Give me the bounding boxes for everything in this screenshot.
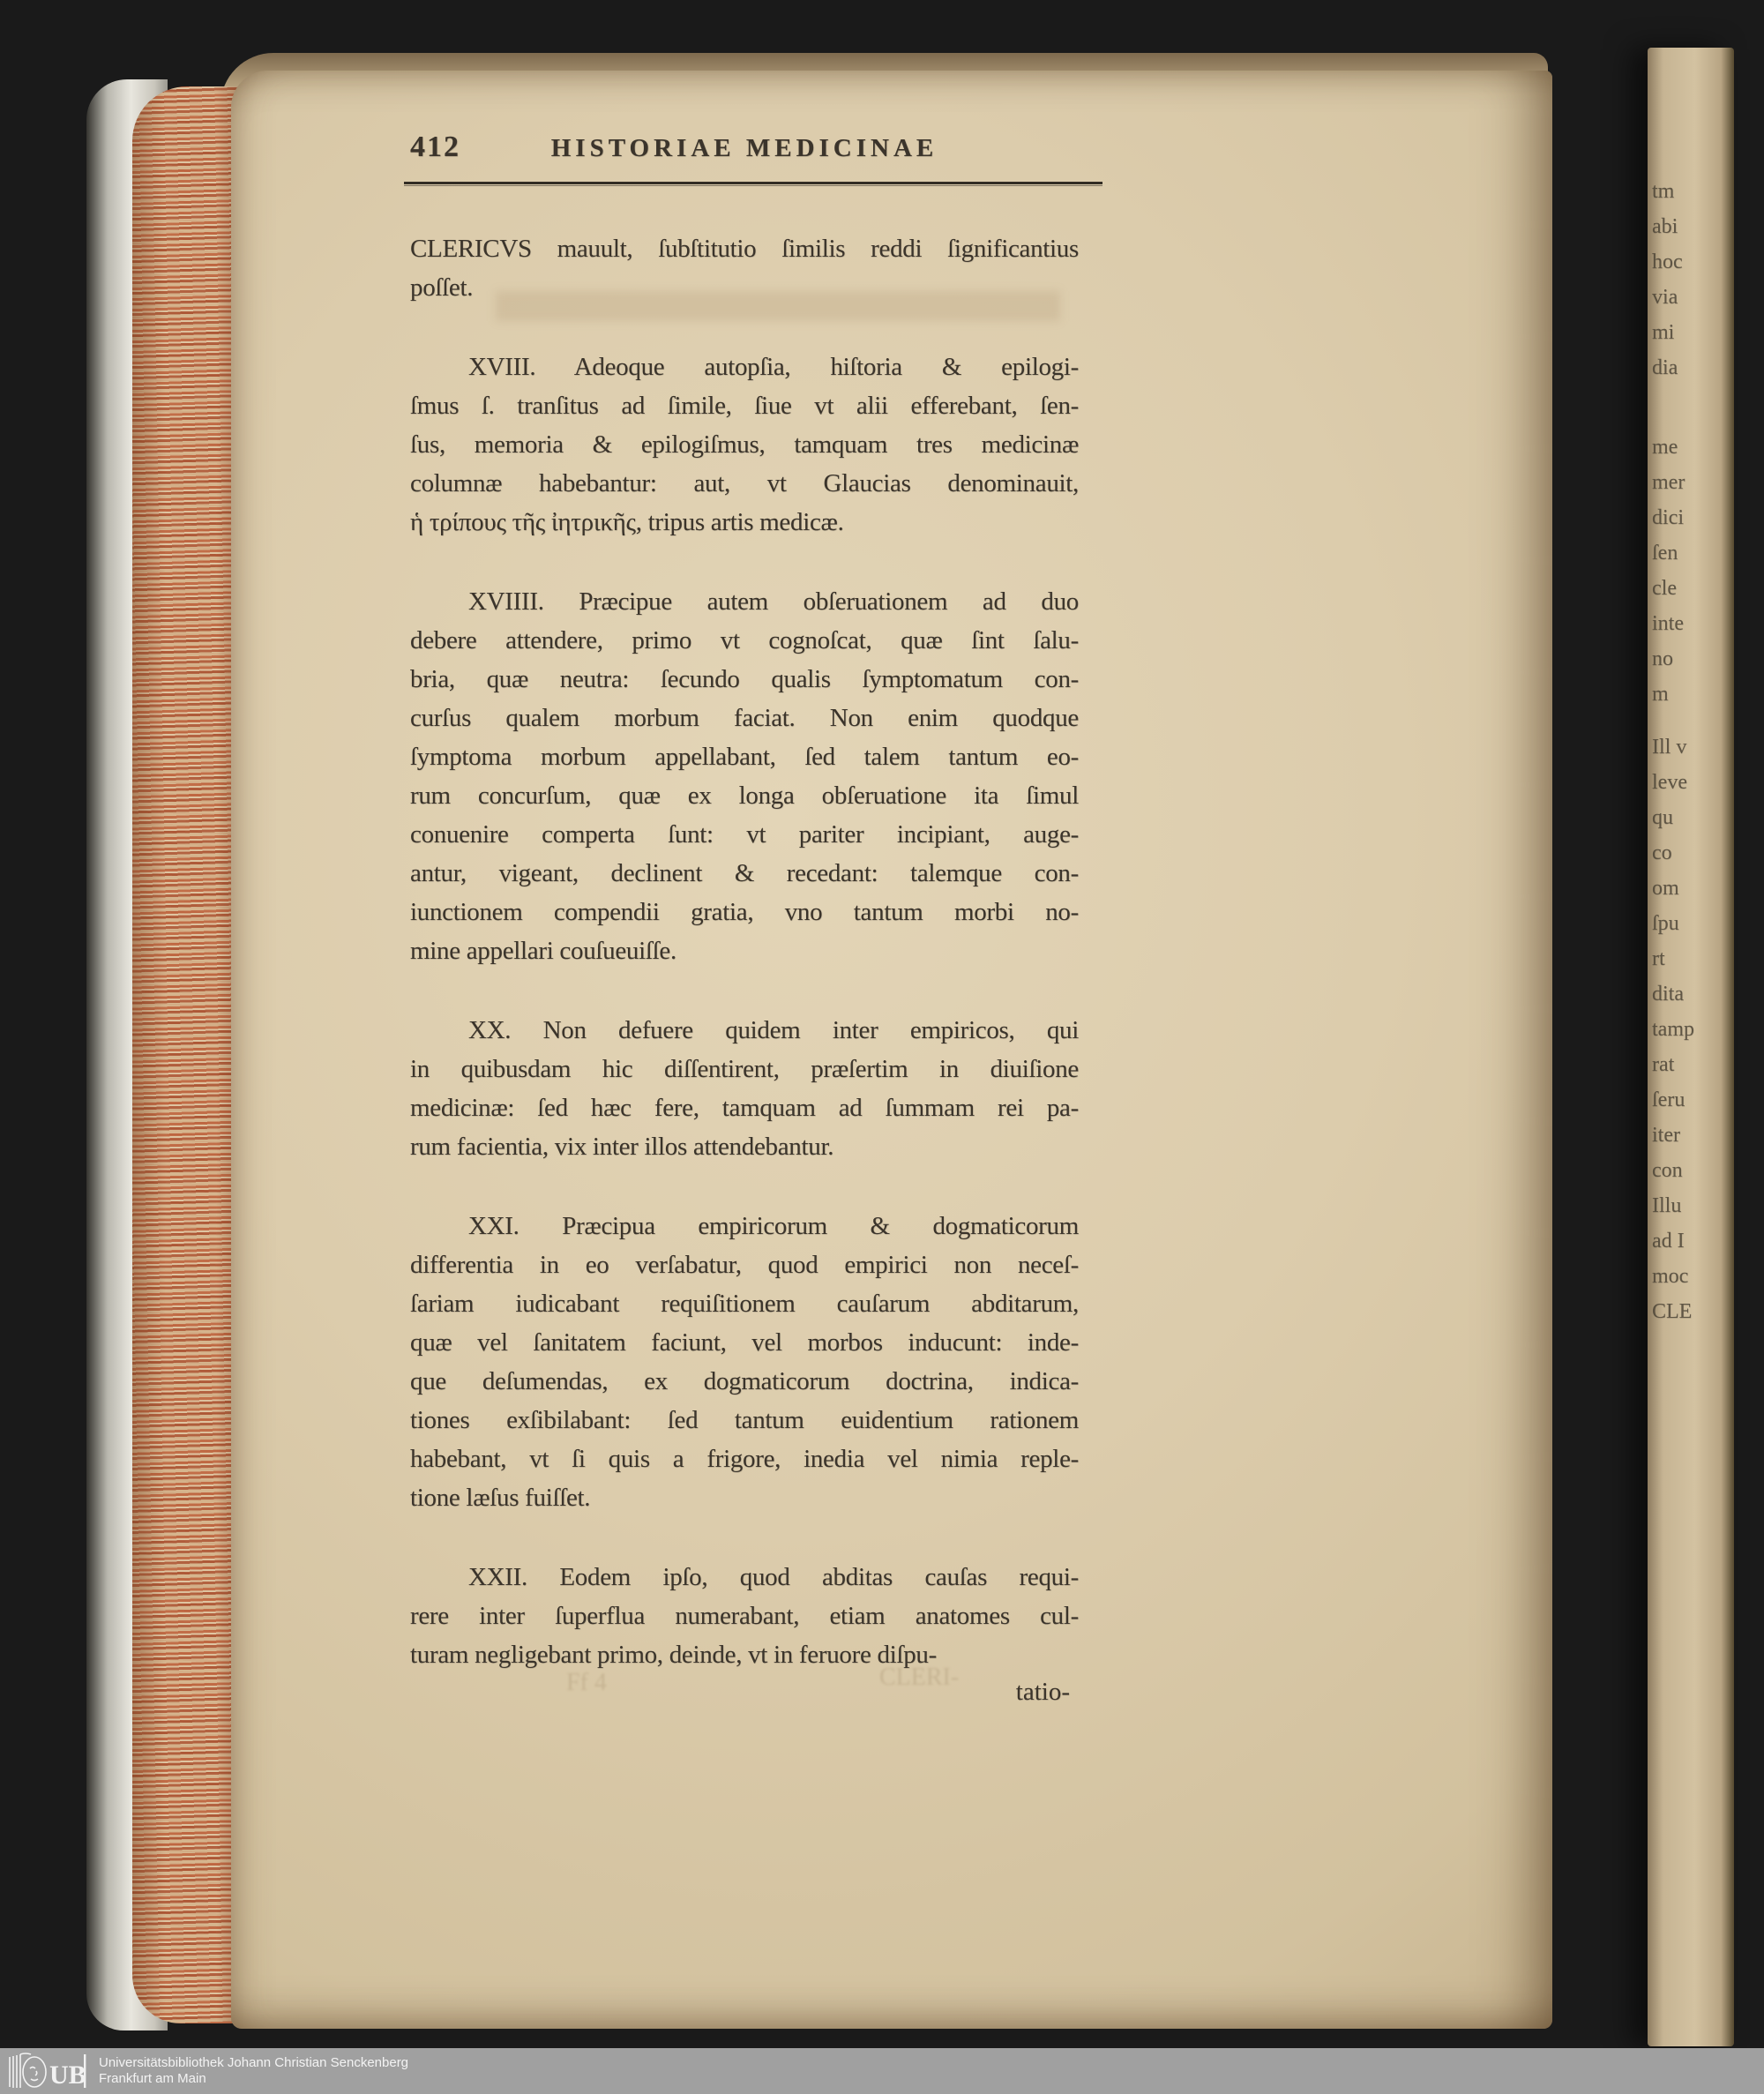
text-line: habebant, vt ſi quis a frigore, inedia v… [410,1440,1079,1478]
sliver-text-fragment: dici [1652,506,1684,530]
text-line: ſus, memoria & epilogiſmus, tamquam tres… [410,425,1079,464]
sliver-text-fragment: CLE [1652,1300,1692,1324]
text-line: iunctionem compendii gratia, vno tantum … [410,893,1079,931]
text-line: conuenire comperta ſunt: vt pariter inci… [410,815,1079,854]
sliver-text-fragment: rat [1652,1053,1674,1077]
sliver-text-fragment: qu [1652,806,1673,830]
text-line: poſſet. [410,268,1079,307]
text-line: tiones exſibilabant: ſed tantum euidenti… [410,1401,1079,1440]
sliver-text-fragment: mi [1652,321,1674,345]
sliver-text-fragment: mer [1652,471,1685,495]
text-line: rum concurſum, quæ ex longa obſeruatione… [410,776,1079,815]
viewer-background: 412 HISTORIAE MEDICINAE CLERICVS mauult,… [0,0,1764,2094]
text-line: medicinæ: ſed hæc fere, tamquam ad ſumma… [410,1088,1079,1127]
catchword: tatio- [410,1672,1070,1711]
page-number: 412 [410,131,460,164]
text-line: turam negligebant primo, deinde, vt in f… [410,1635,1079,1674]
svg-text:UB: UB [49,2060,86,2090]
library-name: Universitätsbibliothek Johann Christian … [99,2055,408,2071]
text-line: rere inter ſuperflua numerabant, etiam a… [410,1597,1079,1635]
running-title: HISTORIAE MEDICINAE [551,134,938,163]
book-page: 412 HISTORIAE MEDICINAE CLERICVS mauult,… [231,71,1552,2029]
sliver-text-fragment: tamp [1652,1018,1694,1042]
text-line: ſariam iudicabant requiſitionem cauſarum… [410,1284,1079,1323]
text-line: rum facientia, vix inter illos attendeba… [410,1127,1079,1166]
text-line: CLERICVS mauult, ſubſtitutio ſimilis red… [410,229,1079,268]
text-line: curſus qualem morbum faciat. Non enim qu… [410,699,1079,737]
text-line: antur, vigeant, declinent & recedant: ta… [410,854,1079,893]
paragraph: XXII. Eodem ipſo, quod abditas cauſas re… [410,1558,1079,1674]
paragraph: XX. Non defuere quidem inter empiricos, … [410,1011,1079,1166]
text-line: XVIII. Adeoque autopſia, hiſtoria & epil… [410,348,1079,386]
paragraph: XXI. Præcipua empiricorum & dogmaticorum… [410,1207,1079,1517]
paragraph: XVIII. Adeoque autopſia, hiſtoria & epil… [410,348,1079,542]
sliver-text-fragment: cle [1652,577,1677,601]
text-line: debere attendere, primo vt cognoſcat, qu… [410,621,1079,660]
footer-bar: UB Universitätsbibliothek Johann Christi… [0,2048,1764,2094]
sliver-text-fragment: ſeru [1652,1088,1685,1112]
text-line: XVIIII. Præcipue autem obſeruationem ad … [410,582,1079,621]
sliver-text-fragment: dita [1652,983,1684,1006]
adjacent-page-sliver: tmabihocviamidiamemerdiciſencleintenomIl… [1648,48,1734,2046]
sliver-text-fragment: inte [1652,612,1684,636]
text-line: mine appellari couſueuiſſe. [410,931,1079,970]
sliver-text-fragment: co [1652,841,1672,865]
sliver-text-fragment: iter [1652,1124,1680,1148]
sliver-text-fragment: via [1652,286,1678,310]
sliver-text-fragment: om [1652,877,1679,901]
ub-logo-icon: UB [7,2052,88,2090]
text-line: ſmus ſ. tranſitus ad ſimile, ſiue vt ali… [410,386,1079,425]
sliver-text-fragment: dia [1652,356,1678,380]
sliver-text-fragment: con [1652,1159,1683,1183]
sliver-text-fragment: ſen [1652,542,1678,565]
sliver-text-fragment: ad I [1652,1230,1685,1253]
sliver-text-fragment: Illu [1652,1194,1681,1218]
paragraph: CLERICVS mauult, ſubſtitutio ſimilis red… [410,229,1079,307]
sliver-text-fragment: moc [1652,1265,1688,1289]
sliver-text-fragment: rt [1652,947,1665,971]
sliver-text-fragment: me [1652,436,1678,460]
text-block: CLERICVS mauult, ſubſtitutio ſimilis red… [410,229,1079,1674]
sliver-text-fragment: Ill v [1652,736,1686,759]
text-line: ſymptoma morbum appellabant, ſed talem t… [410,737,1079,776]
sliver-text-fragment: hoc [1652,251,1683,274]
text-line: columnæ habebantur: aut, vt Glaucias den… [410,464,1079,503]
text-line: XXII. Eodem ipſo, quod abditas cauſas re… [410,1558,1079,1597]
sliver-text-fragment: leve [1652,771,1687,795]
text-line: XXI. Præcipua empiricorum & dogmaticorum [410,1207,1079,1245]
footer-text: Universitätsbibliothek Johann Christian … [99,2055,408,2087]
text-line: que deſumendas, ex dogmaticorum doctrina… [410,1362,1079,1401]
paragraph: XVIIII. Præcipue autem obſeruationem ad … [410,582,1079,970]
text-line: XX. Non defuere quidem inter empiricos, … [410,1011,1079,1050]
sliver-text-fragment: m [1652,683,1669,707]
sliver-text-fragment: no [1652,647,1673,671]
page-header: 412 HISTORIAE MEDICINAE [410,129,1079,173]
text-line: quæ vel ſanitatem faciunt, vel morbos in… [410,1323,1079,1362]
header-rule [404,182,1102,188]
text-line: differentia in eo verſabatur, quod empir… [410,1245,1079,1284]
sliver-text-fragment: ſpu [1652,912,1679,936]
text-line: bria, quæ neutra: ſecundo qualis ſymptom… [410,660,1079,699]
ghost-text: CLERI- [879,1664,959,1692]
sliver-text-fragment: abi [1652,215,1678,239]
text-line: tione læſus fuiſſet. [410,1478,1079,1517]
library-city: Frankfurt am Main [99,2071,408,2087]
text-line: in quibusdam hic diſſentirent, præſertim… [410,1050,1079,1088]
ghost-text: Ff 4 [566,1669,607,1697]
text-line: ἡ τρίπους τῆς ἰητρικῆς, tripus artis med… [410,503,1079,542]
sliver-text-fragment: tm [1652,180,1674,204]
